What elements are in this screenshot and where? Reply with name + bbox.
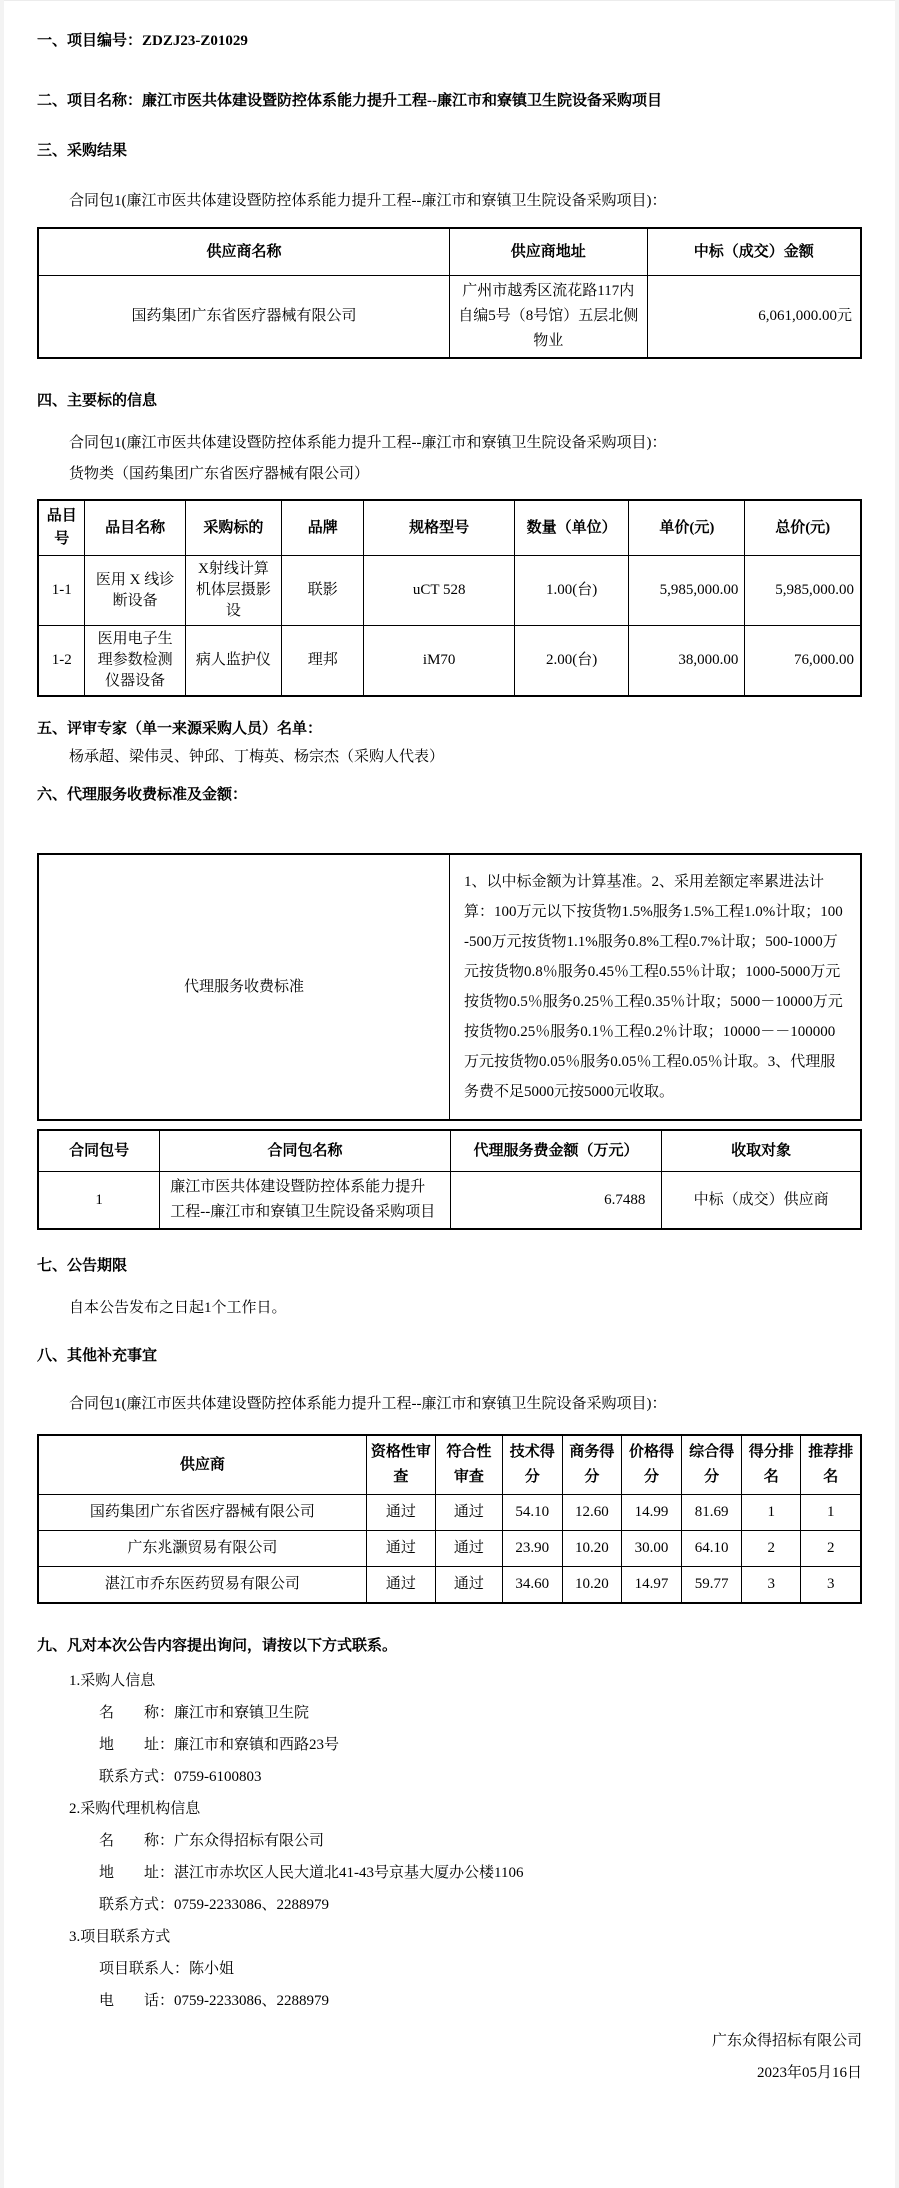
header-cell-business-score: 商务得分 <box>562 1435 621 1495</box>
purchaser-name-label: 名 称： <box>99 1705 174 1721</box>
project-number-heading: 一、项目编号：ZDZJ23-Z01029 <box>37 31 862 51</box>
other-matters-package-line: 合同包1(廉江市医共体建设暨防控体系能力提升工程--廉江市和寮镇卫生院设备采购项… <box>69 1394 862 1414</box>
announcement-page: 一、项目编号：ZDZJ23-Z01029 二、项目名称：廉江市医共体建设暨防控体… <box>4 0 895 2188</box>
purchaser-address-value: 廉江市和寮镇和西路23号 <box>174 1737 339 1753</box>
cell-supplier: 国药集团广东省医疗器械有限公司 <box>38 1495 366 1531</box>
cell-qualification-review: 通过 <box>366 1531 435 1567</box>
cell-item-no: 1-1 <box>38 556 85 626</box>
cell-item-name: 医用电子生理参数检测仪器设备 <box>85 626 185 697</box>
cell-overall-score: 64.10 <box>682 1531 742 1567</box>
purchaser-contact-label: 联系方式： <box>99 1769 174 1785</box>
header-cell-recommend-rank: 推荐排名 <box>801 1435 861 1495</box>
table-header-row: 品目号 品目名称 采购标的 品牌 规格型号 数量（单位） 单价(元) 总价(元) <box>38 500 861 556</box>
cell-technical-score: 54.10 <box>502 1495 562 1531</box>
contact-heading: 九、凡对本次公告内容提出询问，请按以下方式联系。 <box>37 1636 862 1656</box>
table-row: 1-1 医用 X 线诊断设备 X射线计算机体层摄影设 联影 uCT 528 1.… <box>38 556 861 626</box>
cell-model: uCT 528 <box>364 556 515 626</box>
cell-technical-score: 34.60 <box>502 1567 562 1604</box>
footer-date: 2023年05月16日 <box>37 2063 862 2083</box>
header-cell-technical-score: 技术得分 <box>502 1435 562 1495</box>
header-cell-price-score: 价格得分 <box>621 1435 681 1495</box>
cell-business-score: 10.20 <box>562 1531 621 1567</box>
purchaser-address-line: 地 址：廉江市和寮镇和西路23号 <box>99 1735 862 1755</box>
cell-supplier-name: 国药集团广东省医疗器械有限公司 <box>38 276 450 359</box>
table-row: 湛江市乔东医药贸易有限公司 通过 通过 34.60 10.20 14.97 59… <box>38 1567 861 1604</box>
subject-package-line: 合同包1(廉江市医共体建设暨防控体系能力提升工程--廉江市和寮镇卫生院设备采购项… <box>69 433 862 453</box>
project-phone-value: 0759-2233086、2288979 <box>174 1993 329 2009</box>
cell-award-amount: 6,061,000.00元 <box>647 276 861 359</box>
table-header-row: 供应商 资格性审查 符合性审查 技术得分 商务得分 价格得分 综合得分 得分排名… <box>38 1435 861 1495</box>
cell-brand: 联影 <box>282 556 364 626</box>
cell-package-no: 1 <box>38 1172 160 1230</box>
cell-overall-score: 59.77 <box>682 1567 742 1604</box>
cell-conformity-review: 通过 <box>436 1531 503 1567</box>
cell-unit-price: 38,000.00 <box>629 626 745 697</box>
cell-price-score: 30.00 <box>621 1531 681 1567</box>
agency-fee-amount-table: 合同包号 合同包名称 代理服务费金额（万元） 收取对象 1 廉江市医共体建设暨防… <box>37 1129 862 1230</box>
cell-conformity-review: 通过 <box>436 1567 503 1604</box>
cell-quantity: 2.00(台) <box>514 626 628 697</box>
experts-heading: 五、评审专家（单一来源采购人员）名单： <box>37 719 862 739</box>
header-cell-qualification-review: 资格性审查 <box>366 1435 435 1495</box>
header-cell-total-price: 总价(元) <box>745 500 861 556</box>
agency-address-value: 湛江市赤坎区人民大道北41-43号京基大厦办公楼1106 <box>174 1865 523 1881</box>
header-cell-subject: 采购标的 <box>185 500 281 556</box>
header-cell-package-no: 合同包号 <box>38 1130 160 1172</box>
cell-supplier: 广东兆灏贸易有限公司 <box>38 1531 366 1567</box>
agency-contact-label: 联系方式： <box>99 1897 174 1913</box>
agency-contact-value: 0759-2233086、2288979 <box>174 1897 329 1913</box>
cell-recommend-rank: 2 <box>801 1531 861 1567</box>
purchaser-contact-line: 联系方式：0759-6100803 <box>99 1767 862 1787</box>
header-cell-supplier-name: 供应商名称 <box>38 228 450 276</box>
other-matters-heading: 八、其他补充事宜 <box>37 1346 862 1366</box>
cell-conformity-review: 通过 <box>436 1495 503 1531</box>
cell-score-rank: 3 <box>742 1567 801 1604</box>
cell-subject: 病人监护仪 <box>185 626 281 697</box>
header-cell-package-name: 合同包名称 <box>160 1130 451 1172</box>
cell-supplier-address: 广州市越秀区流花路117内自编5号（8号馆）五层北侧物业 <box>450 276 648 359</box>
agency-info-heading: 2.采购代理机构信息 <box>69 1799 862 1819</box>
result-package-line: 合同包1(廉江市医共体建设暨防控体系能力提升工程--廉江市和寮镇卫生院设备采购项… <box>69 191 862 211</box>
cell-fee-standard-label: 代理服务收费标准 <box>38 854 450 1120</box>
supplier-score-table: 供应商 资格性审查 符合性审查 技术得分 商务得分 价格得分 综合得分 得分排名… <box>37 1434 862 1604</box>
announcement-period-heading: 七、公告期限 <box>37 1256 862 1276</box>
experts-names: 杨承超、梁伟灵、钟邱、丁梅英、杨宗杰（采购人代表） <box>69 747 862 767</box>
cell-overall-score: 81.69 <box>682 1495 742 1531</box>
table-row: 1-2 医用电子生理参数检测仪器设备 病人监护仪 理邦 iM70 2.00(台)… <box>38 626 861 697</box>
agency-name-label: 名 称： <box>99 1833 174 1849</box>
cell-score-rank: 1 <box>742 1495 801 1531</box>
cell-brand: 理邦 <box>282 626 364 697</box>
header-cell-unit-price: 单价(元) <box>629 500 745 556</box>
header-cell-item-name: 品目名称 <box>85 500 185 556</box>
procurement-result-heading: 三、采购结果 <box>37 141 862 161</box>
cell-recommend-rank: 1 <box>801 1495 861 1531</box>
cell-fee-amount: 6.7488 <box>450 1172 662 1230</box>
cell-price-score: 14.99 <box>621 1495 681 1531</box>
cell-score-rank: 2 <box>742 1531 801 1567</box>
cell-total-price: 76,000.00 <box>745 626 861 697</box>
cell-technical-score: 23.90 <box>502 1531 562 1567</box>
cell-total-price: 5,985,000.00 <box>745 556 861 626</box>
cell-business-score: 10.20 <box>562 1567 621 1604</box>
purchaser-address-label: 地 址： <box>99 1737 174 1753</box>
footer-organization: 广东众得招标有限公司 <box>37 2031 862 2051</box>
main-subject-table: 品目号 品目名称 采购标的 品牌 规格型号 数量（单位） 单价(元) 总价(元)… <box>37 499 862 697</box>
cell-fee-standard-content: 1、以中标金额为计算基准。2、采用差额定率累进法计算：100万元以下按货物1.5… <box>450 854 862 1120</box>
header-cell-fee-amount: 代理服务费金额（万元） <box>450 1130 662 1172</box>
project-contact-person-value: 陈小姐 <box>189 1961 234 1977</box>
header-cell-charge-target: 收取对象 <box>662 1130 861 1172</box>
main-subject-heading: 四、主要标的信息 <box>37 391 862 411</box>
agency-address-line: 地 址：湛江市赤坎区人民大道北41-43号京基大厦办公楼1106 <box>99 1863 862 1883</box>
cell-price-score: 14.97 <box>621 1567 681 1604</box>
cell-unit-price: 5,985,000.00 <box>629 556 745 626</box>
project-name-heading: 二、项目名称：廉江市医共体建设暨防控体系能力提升工程--廉江市和寮镇卫生院设备采… <box>37 91 862 111</box>
project-phone-line: 电 话：0759-2233086、2288979 <box>99 1991 862 2011</box>
cell-recommend-rank: 3 <box>801 1567 861 1604</box>
agency-contact-line: 联系方式：0759-2233086、2288979 <box>99 1895 862 1915</box>
agency-name-line: 名 称：广东众得招标有限公司 <box>99 1831 862 1851</box>
cell-item-no: 1-2 <box>38 626 85 697</box>
project-contact-heading: 3.项目联系方式 <box>69 1927 862 1947</box>
header-cell-overall-score: 综合得分 <box>682 1435 742 1495</box>
cell-charge-target: 中标（成交）供应商 <box>662 1172 861 1230</box>
agency-fee-standard-table: 代理服务收费标准 1、以中标金额为计算基准。2、采用差额定率累进法计算：100万… <box>37 853 862 1121</box>
header-cell-conformity-review: 符合性审查 <box>436 1435 503 1495</box>
cell-supplier: 湛江市乔东医药贸易有限公司 <box>38 1567 366 1604</box>
cell-model: iM70 <box>364 626 515 697</box>
header-cell-brand: 品牌 <box>282 500 364 556</box>
cell-qualification-review: 通过 <box>366 1567 435 1604</box>
cell-subject: X射线计算机体层摄影设 <box>185 556 281 626</box>
project-phone-label: 电 话： <box>99 1993 174 2009</box>
purchaser-name-value: 廉江市和寮镇卫生院 <box>174 1705 309 1721</box>
table-row: 国药集团广东省医疗器械有限公司 通过 通过 54.10 12.60 14.99 … <box>38 1495 861 1531</box>
purchaser-contact-value: 0759-6100803 <box>174 1769 262 1785</box>
table-header-row: 供应商名称 供应商地址 中标（成交）金额 <box>38 228 861 276</box>
header-cell-supplier-address: 供应商地址 <box>450 228 648 276</box>
table-row: 1 廉江市医共体建设暨防控体系能力提升工程--廉江市和寮镇卫生院设备采购项目 6… <box>38 1172 861 1230</box>
cell-item-name: 医用 X 线诊断设备 <box>85 556 185 626</box>
header-cell-score-rank: 得分排名 <box>742 1435 801 1495</box>
table-row: 国药集团广东省医疗器械有限公司 广州市越秀区流花路117内自编5号（8号馆）五层… <box>38 276 861 359</box>
cell-qualification-review: 通过 <box>366 1495 435 1531</box>
project-contact-person-line: 项目联系人：陈小姐 <box>99 1959 862 1979</box>
cell-quantity: 1.00(台) <box>514 556 628 626</box>
table-row: 代理服务收费标准 1、以中标金额为计算基准。2、采用差额定率累进法计算：100万… <box>38 854 861 1120</box>
header-cell-supplier: 供应商 <box>38 1435 366 1495</box>
table-header-row: 合同包号 合同包名称 代理服务费金额（万元） 收取对象 <box>38 1130 861 1172</box>
procurement-result-table: 供应商名称 供应商地址 中标（成交）金额 国药集团广东省医疗器械有限公司 广州市… <box>37 227 862 359</box>
agency-fee-heading: 六、代理服务收费标准及金额： <box>37 785 862 805</box>
header-cell-award-amount: 中标（成交）金额 <box>647 228 861 276</box>
cell-business-score: 12.60 <box>562 1495 621 1531</box>
header-cell-quantity: 数量（单位） <box>514 500 628 556</box>
purchaser-name-line: 名 称：廉江市和寮镇卫生院 <box>99 1703 862 1723</box>
project-contact-person-label: 项目联系人： <box>99 1961 189 1977</box>
cell-package-name: 廉江市医共体建设暨防控体系能力提升工程--廉江市和寮镇卫生院设备采购项目 <box>160 1172 451 1230</box>
agency-name-value: 广东众得招标有限公司 <box>174 1833 324 1849</box>
purchaser-info-heading: 1.采购人信息 <box>69 1671 862 1691</box>
subject-category-line: 货物类（国药集团广东省医疗器械有限公司） <box>69 464 862 484</box>
announcement-period-content: 自本公告发布之日起1个工作日。 <box>69 1298 862 1318</box>
table-row: 广东兆灏贸易有限公司 通过 通过 23.90 10.20 30.00 64.10… <box>38 1531 861 1567</box>
header-cell-model: 规格型号 <box>364 500 515 556</box>
header-cell-item-no: 品目号 <box>38 500 85 556</box>
agency-address-label: 地 址： <box>99 1865 174 1881</box>
